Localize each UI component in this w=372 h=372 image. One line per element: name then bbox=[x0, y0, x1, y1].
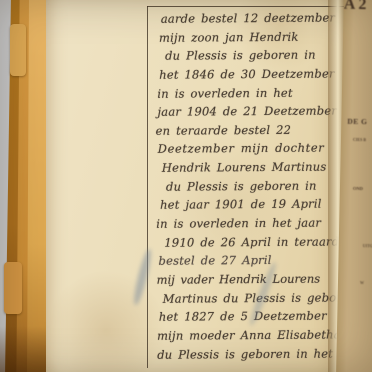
printed-text-fragment: DE G bbox=[347, 117, 367, 126]
printed-text-fragment: UITGEGEE bbox=[363, 243, 372, 248]
photo-of-open-book: aarde bestel 12 deetzembermijn zoon jan … bbox=[0, 0, 372, 372]
ink-smudge-left bbox=[131, 248, 154, 306]
ruled-frame-left-line bbox=[147, 6, 148, 368]
printed-text-fragment: A 2 bbox=[344, 0, 367, 14]
page-edge-tab-top bbox=[10, 24, 26, 76]
manuscript-page: aarde bestel 12 deetzembermijn zoon jan … bbox=[46, 0, 346, 372]
printed-text-fragment: W bbox=[360, 280, 364, 285]
printed-text-fragment: CIES B bbox=[353, 137, 366, 142]
printed-text-fragment: OND bbox=[353, 186, 363, 191]
page-edge-tab-bottom bbox=[4, 262, 22, 314]
